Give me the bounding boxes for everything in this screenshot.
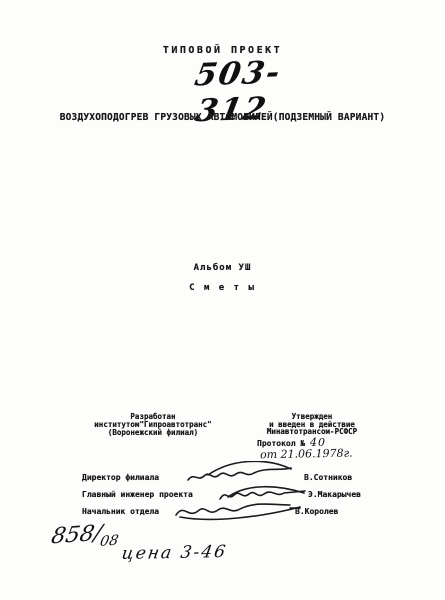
signature-scribble-department-head [172, 498, 304, 522]
inventory-number-main: 858/ [49, 521, 104, 549]
date-prefix: от [260, 448, 277, 461]
scanned-title-page: ТИПОВОЙ ПРОЕКТ 503-312 ВОЗДУХОПОДОГРЕВ Г… [0, 0, 445, 600]
price-handwritten: цена 3-46 [120, 542, 228, 564]
inventory-number-sub: 08 [99, 533, 120, 550]
developed-by-block: Разработан институтом"Гипроавтотранс" (В… [58, 413, 248, 437]
signature-scribble-director [186, 461, 294, 485]
signatory-role: Начальник отдела [82, 507, 159, 516]
developed-by-line3: (Воронежский филиал) [58, 429, 248, 437]
approval-date-line: от 21.06.1978г. [260, 446, 400, 461]
signatory-name: Э.Макарычев [308, 490, 361, 499]
project-title: ВОЗДУХОПОДОГРЕВ ГРУЗОВЫХ АВТОМОБИЛЕЙ(ПОД… [0, 112, 445, 123]
document-type-label: ТИПОВОЙ ПРОЕКТ [0, 45, 445, 56]
album-label: Альбом УШ [0, 263, 445, 273]
approval-date-handwritten: 21.06.1978г. [280, 447, 352, 461]
approval-line3: Минавтотрансом-РСФСР [252, 428, 372, 436]
album-contents-label: С м е т ы [0, 283, 445, 293]
signatory-name: В.Сотников [304, 473, 352, 482]
approval-block: Утвержден и введен в действие Минавтотра… [252, 413, 372, 436]
signatory-role: Директор филиала [82, 473, 159, 482]
inventory-number-handwritten: 858/08 [49, 520, 122, 550]
